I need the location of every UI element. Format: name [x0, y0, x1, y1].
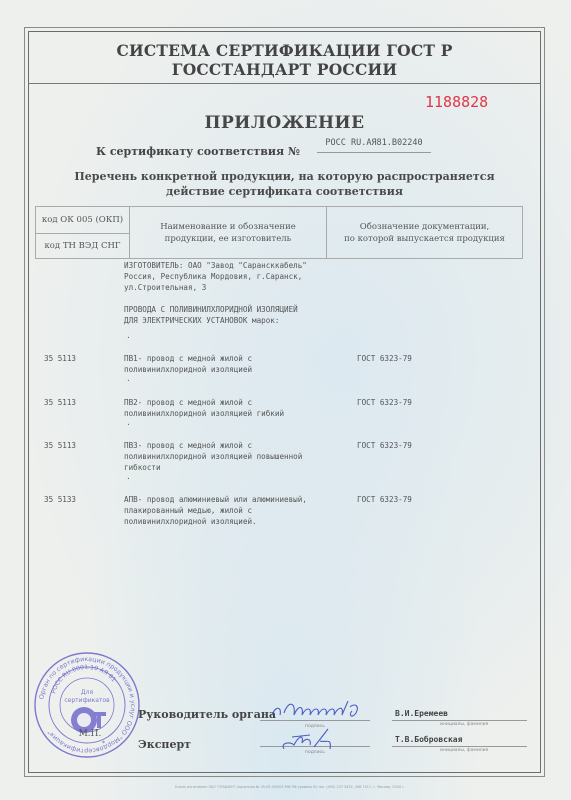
svg-text:*: *	[102, 740, 105, 747]
separator-dot: .	[126, 331, 131, 340]
product-code: 35 5113	[44, 397, 76, 408]
serial-number: 1188828	[425, 93, 488, 111]
separator-dot: .	[126, 418, 131, 427]
product-standard: ГОСТ 6323-79	[357, 397, 412, 408]
expert-signature-caption: подпись	[305, 750, 325, 755]
head-name-caption: инициалы, фамилия	[440, 722, 488, 727]
subtitle-line-2: действие сертификата соответствия	[28, 185, 541, 198]
header-documentation: Обозначение документации, по которой вып…	[327, 207, 522, 258]
head-name-line	[392, 720, 527, 721]
expert-name-caption: инициалы, фамилия	[440, 748, 488, 753]
product-group-line-2: ДЛЯ ЭЛЕКТРИЧЕСКИХ УСТАНОВОК марок:	[124, 315, 279, 326]
stamp-center-line-1: Для	[81, 689, 94, 696]
head-signature	[268, 697, 368, 721]
head-name: В.И.Еремеев	[395, 709, 448, 718]
manufacturer-line-2: Россия, Республика Мордовия, г.Саранск,	[124, 271, 302, 282]
certificate-number: РОСС RU.АЯ81.В02240	[317, 138, 431, 153]
product-standard: ГОСТ 6323-79	[357, 440, 412, 451]
subtitle-line-1: Перечень конкретной продукции, на котору…	[28, 170, 541, 183]
system-title: СИСТЕМА СЕРТИФИКАЦИИ ГОСТ Р	[28, 41, 541, 60]
header-product-name-text: Наименование и обозначение продукции, ее…	[160, 221, 296, 245]
certification-stamp: Орган по сертификации продукции и услуг …	[32, 650, 142, 760]
manufacturer-line-1: ИЗГОТОВИТЕЛЬ: ОАО "Завод "Сарансккабель"	[124, 260, 307, 271]
table-header: код ОК 005 (ОКП) код ТН ВЭД СНГ Наименов…	[35, 206, 523, 259]
header-divider	[28, 83, 541, 84]
form-print-info: Бланк изготовлен ЗАО "ОПЦИОН" (лицензия …	[140, 785, 440, 789]
agency-title: ГОССТАНДАРТ РОССИИ	[28, 60, 541, 79]
product-code: 35 5113	[44, 353, 76, 364]
header-code-column: код ОК 005 (ОКП) код ТН ВЭД СНГ	[36, 207, 130, 258]
product-description: ПВ2- провод с медной жилой с поливинилхл…	[124, 397, 284, 419]
separator-dot: .	[126, 374, 131, 383]
product-description: ПВ1- провод с медной жилой с поливинилхл…	[124, 353, 252, 375]
product-group-line-1: ПРОВОДА С ПОЛИВИНИЛХЛОРИДНОЙ ИЗОЛЯЦИЕЙ	[124, 304, 298, 315]
document-title: ПРИЛОЖЕНИЕ	[28, 113, 541, 133]
header-product-name: Наименование и обозначение продукции, ее…	[130, 207, 327, 258]
manufacturer-line-3: ул.Строительная, 3	[124, 282, 206, 293]
separator-dot: .	[126, 472, 131, 481]
stamp-center-line-2: сертификатов	[64, 697, 110, 704]
product-description: ПВ3- провод с медной жилой с поливинилхл…	[124, 440, 302, 473]
certificate-label: К сертификату соответствия №	[96, 145, 300, 158]
product-code: 35 5113	[44, 440, 76, 451]
stamp-seal-label: М.П.	[79, 729, 102, 739]
product-description: АПВ- провод алюминиевый или алюминиевый,…	[124, 494, 307, 527]
expert-name: Т.В.Бобровская	[395, 735, 462, 744]
product-standard: ГОСТ 6323-79	[357, 353, 412, 364]
head-label: Руководитель органа	[138, 708, 276, 721]
expert-name-line	[392, 746, 527, 747]
header-okp-code: код ОК 005 (ОКП)	[36, 207, 129, 234]
header-documentation-text: Обозначение документации, по которой вып…	[344, 221, 505, 245]
expert-label: Эксперт	[138, 738, 191, 751]
product-standard: ГОСТ 6323-79	[357, 494, 412, 505]
product-code: 35 5133	[44, 494, 76, 505]
header-tnved-code: код ТН ВЭД СНГ	[36, 233, 129, 258]
